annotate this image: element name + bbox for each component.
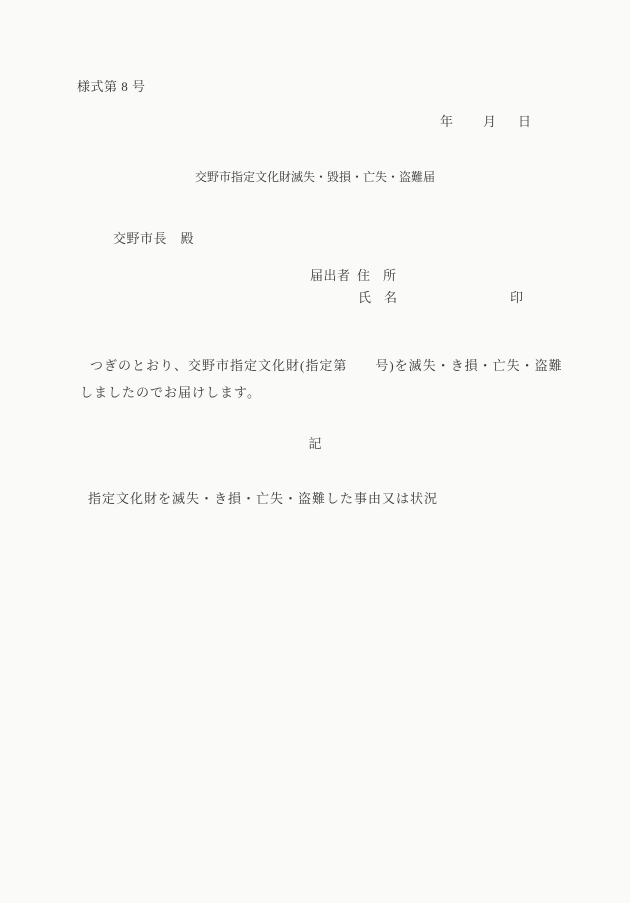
addressee-line: 交野市長 殿 <box>113 231 194 247</box>
document-title: 交野市指定文化財滅失・毀損・亡失・盗難届 <box>0 169 630 185</box>
form-number: 様式第 8 号 <box>77 79 146 95</box>
reason-section-heading: 指定文化財を滅失・き損・亡失・盗難した事由又は状況 <box>88 491 438 507</box>
date-day-label: 日 <box>518 114 532 130</box>
date-year-label: 年 <box>440 114 454 130</box>
body-line-1: つぎのとおり、交野市指定文化財(指定第 号)を滅失・き損・亡失・盗難 <box>90 358 563 374</box>
reporter-address-label: 住 所 <box>357 268 396 284</box>
body-line-2: しましたのでお届けします。 <box>80 385 261 401</box>
reporter-label: 届出者 <box>310 268 351 284</box>
record-heading: 記 <box>0 436 630 452</box>
reporter-name-label: 氏 名 <box>358 290 397 306</box>
document-page: 様式第 8 号 年 月 日 交野市指定文化財滅失・毀損・亡失・盗難届 交野市長 … <box>0 0 630 903</box>
reporter-seal-label: 印 <box>510 290 523 306</box>
date-month-label: 月 <box>483 114 497 130</box>
